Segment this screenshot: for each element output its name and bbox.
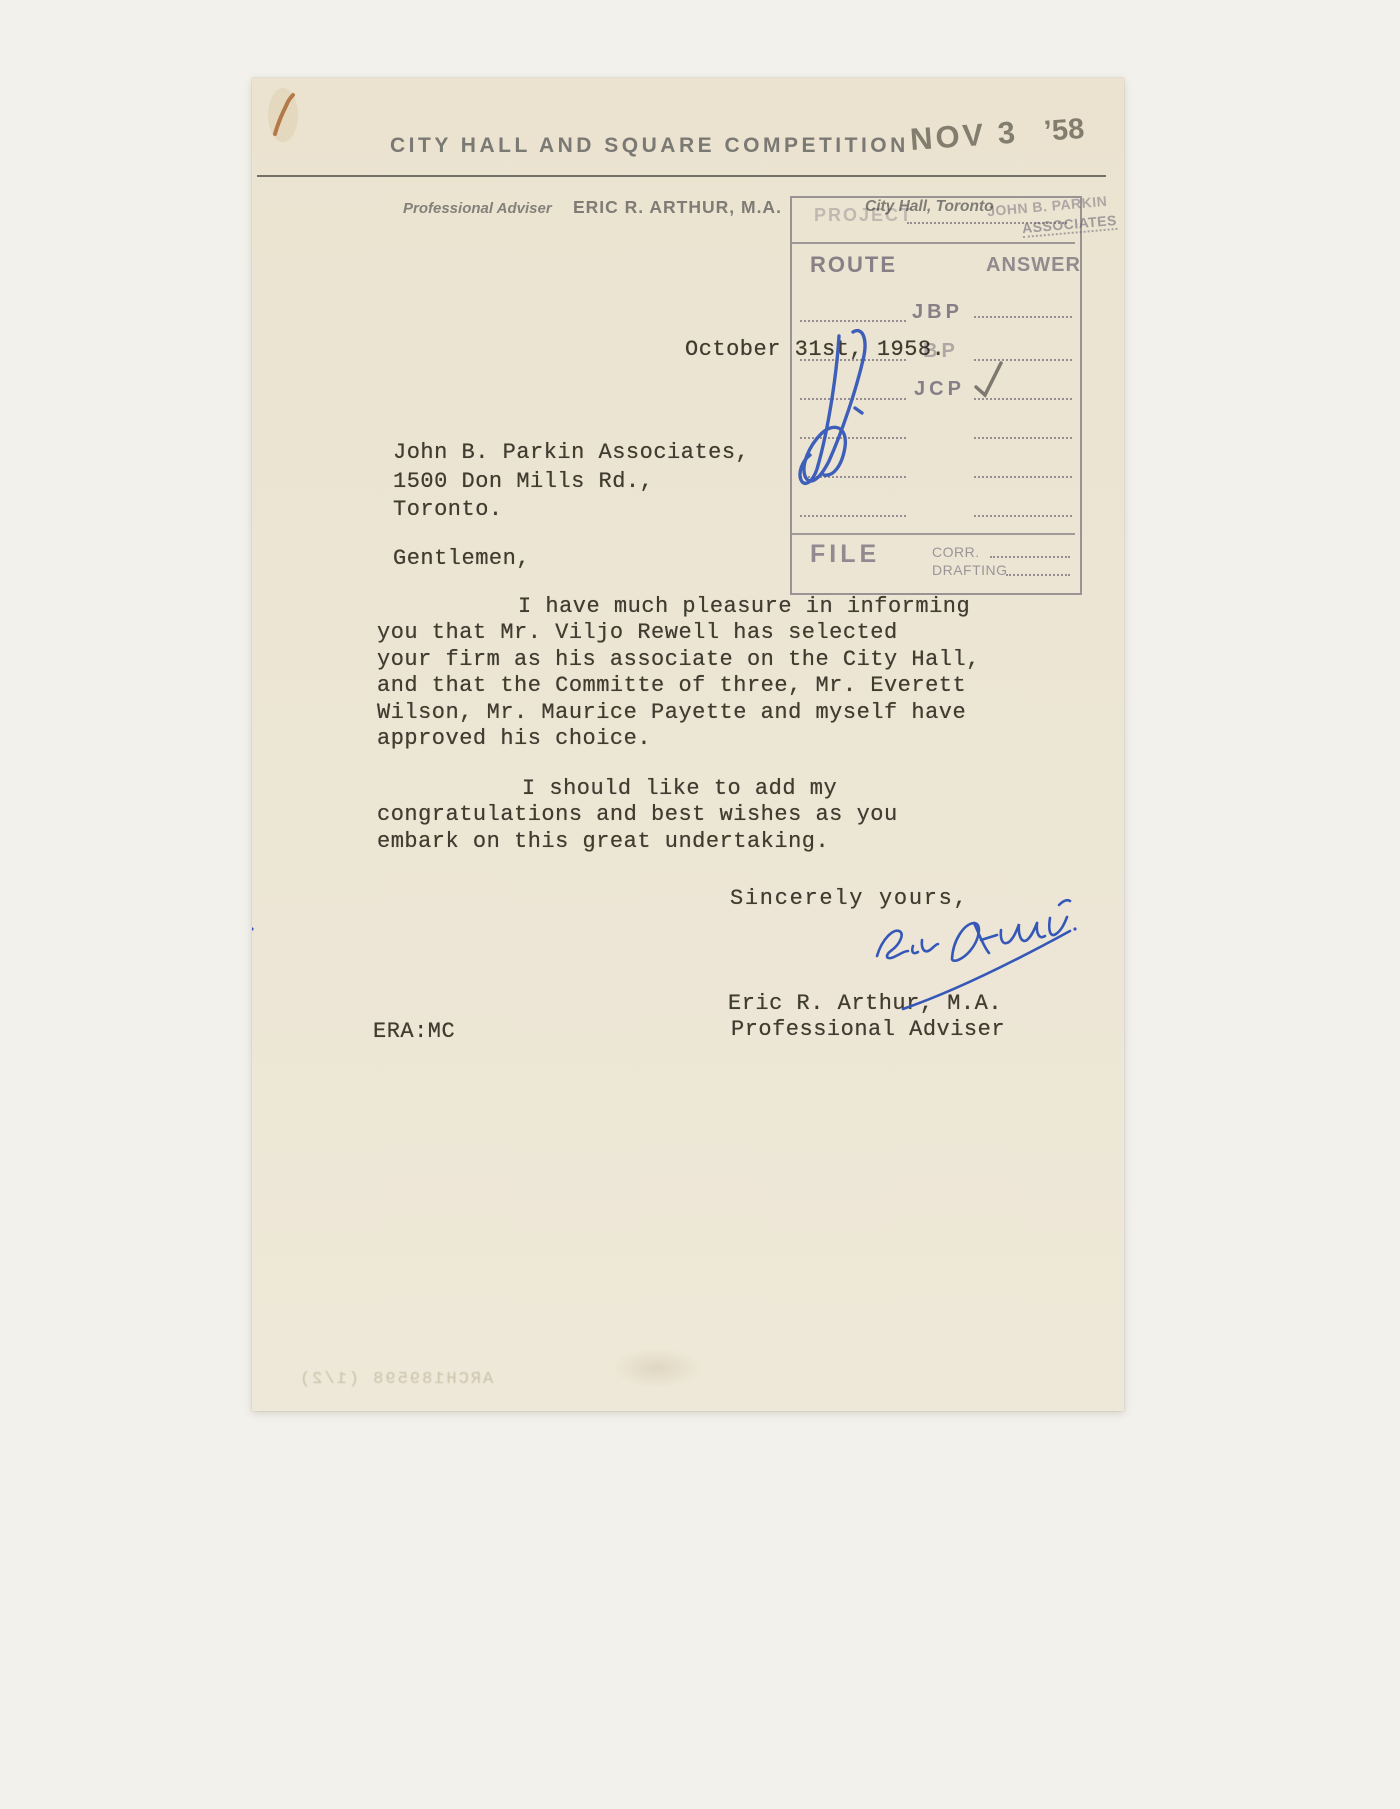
signature-ink xyxy=(252,900,1077,1009)
handwriting-overlay xyxy=(252,78,1124,1411)
blue-initials-scrawl xyxy=(800,331,865,484)
pencil-checkmark xyxy=(976,363,1001,395)
letter-page: CITY HALL AND SQUARE COMPETITION NOV 3’5… xyxy=(252,78,1124,1411)
scan-background: CITY HALL AND SQUARE COMPETITION NOV 3’5… xyxy=(0,0,1400,1809)
